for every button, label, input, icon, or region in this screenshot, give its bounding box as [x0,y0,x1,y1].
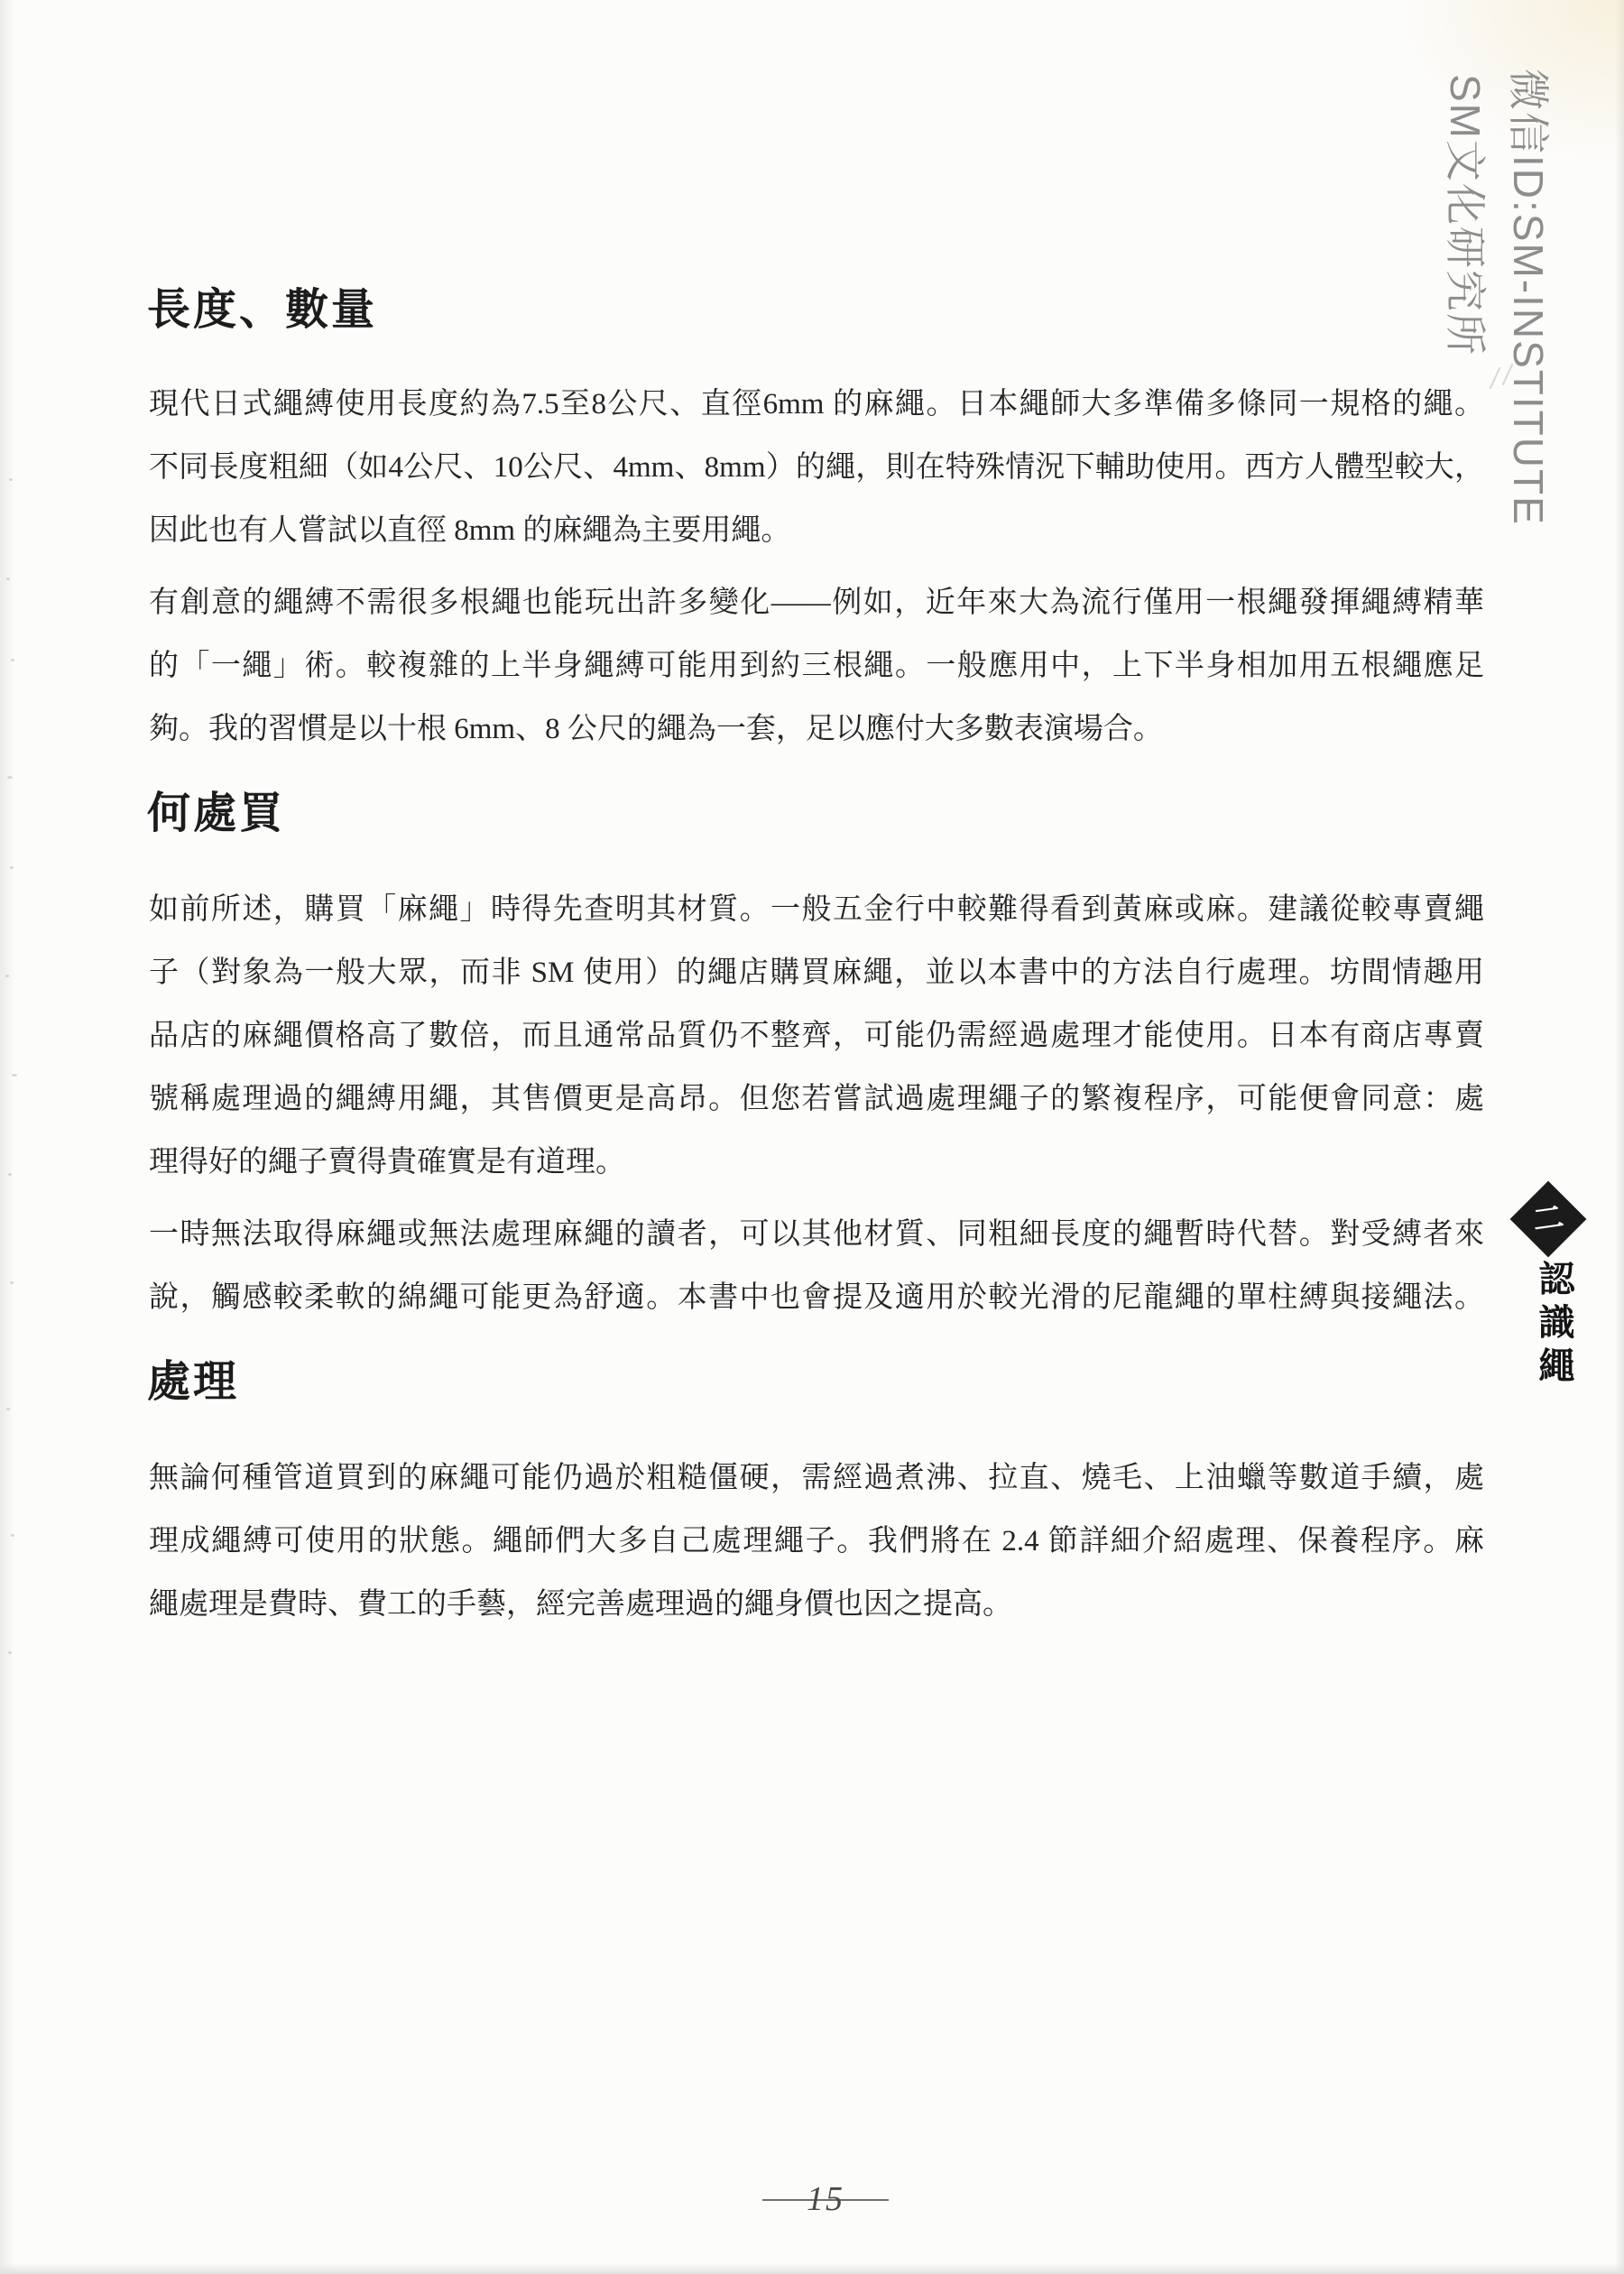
text-line: 品店的麻繩價格高了數倍，而且通常品質仍不整齊，可能仍需經過處理才能使用。日本有商… [149,1004,1484,1068]
page-number-block: 15 [762,2168,889,2231]
chapter-diamond-icon: 二 [1510,1181,1587,1258]
scan-speck [8,1651,12,1654]
scan-speck [11,1534,14,1537]
scan-speck [10,866,14,869]
text-line: 的「一繩」術。較複雜的上半身繩縛可能用到約三根繩。一般應用中，上下半身相加用五根… [149,634,1484,698]
scan-edge-bottom [0,2263,1624,2274]
text-line: 說，觸感較柔軟的綿繩可能更為舒適。本書中也會提及適用於較光滑的尼龍繩的單柱縛與接… [149,1266,1484,1329]
paragraph: 有創意的繩縛不需很多根繩也能玩出許多變化——例如，近年來大為流行僅用一根繩發揮繩… [149,571,1484,761]
text-line: 不同長度粗細（如4公尺、10公尺、4mm、8mm）的繩，則在特殊情況下輔助使用。… [149,436,1484,499]
scan-speck [8,1173,12,1176]
watermark-institute: SM文化研究所 [1442,74,1489,356]
scan-speck [6,578,10,580]
page-number: 15 [807,2179,844,2219]
scan-speck [6,1408,10,1410]
scan-speck [12,1074,17,1077]
text-line: 如前所述，購買「麻繩」時得先查明其材質。一般五金行中較難得看到黃麻或麻。建議從較… [149,878,1484,941]
scan-speck [10,1281,14,1284]
paragraph: 無論何種管道買到的麻繩可能仍過於粗糙僵硬，需經過煮沸、拉直、燒毛、上油蠟等數道手… [149,1447,1484,1636]
section-heading-where-to-buy: 何處買 [147,789,285,838]
text-line: 號稱處理過的繩縛用繩，其售價更是高昂。但您若嘗試過處理繩子的繁複程序，可能便會同… [149,1068,1484,1131]
chapter-tab-label: 認識繩 [1528,1260,1580,1390]
scan-edge-right [1615,0,1624,2274]
text-line: 理得好的繩子賣得貴確實是有道理。 [149,1131,1484,1194]
paragraph: 現代日式繩縛使用長度約為7.5至8公尺、直徑6mm 的麻繩。日本繩師大多準備多條… [149,373,1484,562]
text-line: 有創意的繩縛不需很多根繩也能玩出許多變化——例如，近年來大為流行僅用一根繩發揮繩… [149,571,1484,634]
text-line: 繩處理是費時、費工的手藝，經完善處理過的繩身價也因之提高。 [149,1573,1484,1636]
watermark-wechat-id: 微信ID:SM-INSTITUTE [1505,69,1552,526]
chapter-number: 二 [1531,1202,1565,1236]
scan-edge-left [0,0,14,2274]
section-heading-length-quantity: 長度、數量 [147,285,377,335]
text-line: 夠。我的習慣是以十根 6mm、8 公尺的繩為一套，足以應付大多數表演場合。 [149,698,1484,761]
text-line: 因此也有人嘗試以直徑 8mm 的麻繩為主要用繩。 [149,499,1484,562]
scan-speck [11,659,14,661]
text-line: 子（對象為一般大眾，而非 SM 使用）的繩店購買麻繩，並以本書中的方法自行處理。… [149,941,1484,1004]
scan-speck [9,478,13,481]
scanned-book-page: { "page": { "number": "15", "watermark_c… [0,0,1624,2274]
paragraph: 如前所述，購買「麻繩」時得先查明其材質。一般五金行中較難得看到黃麻或麻。建議從較… [149,878,1484,1194]
scan-speck [7,776,13,779]
text-line: 現代日式繩縛使用長度約為7.5至8公尺、直徑6mm 的麻繩。日本繩師大多準備多條… [149,373,1484,436]
section-heading-treatment: 處理 [147,1357,239,1407]
text-line: 理成繩縛可使用的狀態。繩師們大多自己處理繩子。我們將在 2.4 節詳細介紹處理、… [149,1510,1484,1573]
paragraph: 一時無法取得麻繩或無法處理麻繩的讀者，可以其他材質、同粗細長度的繩暫時代替。對受… [149,1203,1484,1329]
text-line: 無論何種管道買到的麻繩可能仍過於粗糙僵硬，需經過煮沸、拉直、燒毛、上油蠟等數道手… [149,1447,1484,1510]
scan-speck [5,975,9,977]
scan-artifact [1490,367,1501,389]
text-line: 一時無法取得麻繩或無法處理麻繩的讀者，可以其他材質、同粗細長度的繩暫時代替。對受… [149,1203,1484,1266]
